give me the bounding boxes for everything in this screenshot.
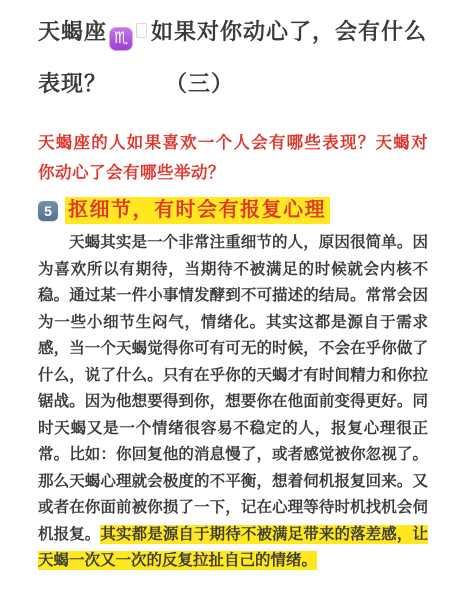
title-text-rest: 如果对你动心了，会有什么: [151, 19, 427, 44]
section-heading-row: 5 抠细节，有时会有报复心理: [38, 197, 428, 224]
keycap-digit: 5: [44, 203, 52, 219]
scorpio-glyph: ♏: [114, 30, 128, 47]
body-paragraph: 天蝎其实是一个非常注重细节的人，原因很简单。因为喜欢所以有期待，当期待不被满足的…: [38, 230, 428, 575]
missing-glyph-box-icon: [136, 23, 147, 38]
scorpio-emoji: ♏: [109, 27, 133, 51]
title-line-2: 表现？ （三）: [38, 58, 428, 110]
article-page: 天蝎座♏如果对你动心了，会有什么 表现？ （三） 天蝎座的人如果喜欢一个人会有哪…: [0, 0, 449, 600]
keycap-5-icon: 5: [38, 201, 58, 221]
section-heading-text: 抠细节，有时会有报复心理: [65, 197, 330, 224]
title-text-prefix: 天蝎座: [38, 19, 107, 44]
body-normal-text: 天蝎其实是一个非常注重细节的人，原因很简单。因为喜欢所以有期待，当期待不被满足的…: [38, 234, 428, 543]
title-line-1: 天蝎座♏如果对你动心了，会有什么: [38, 6, 428, 58]
article-title: 天蝎座♏如果对你动心了，会有什么 表现？ （三）: [38, 6, 428, 110]
intro-question: 天蝎座的人如果喜欢一个人会有哪些表现？天蝎对你动心了会有哪些举动？: [38, 128, 428, 188]
